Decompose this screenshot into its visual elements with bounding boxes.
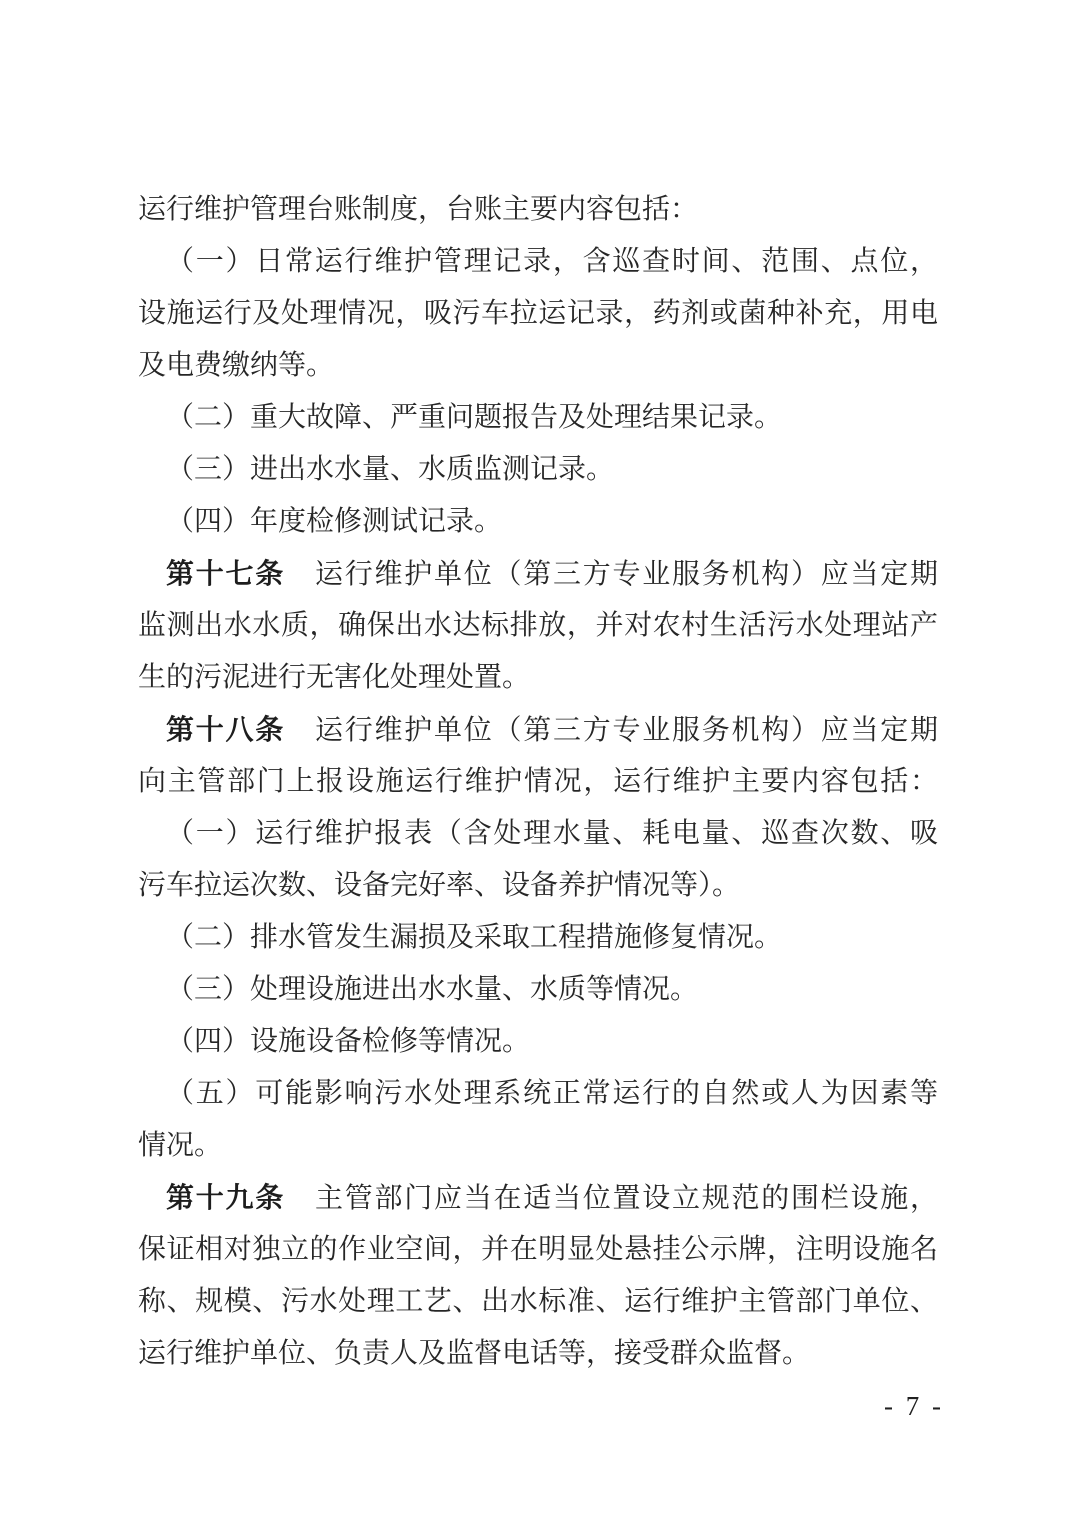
- line-text: 情况。: [138, 1130, 222, 1161]
- line-text: （三）处理设施进出水水量、水质等情况。: [166, 974, 698, 1005]
- text-line: 运行维护单位、负责人及监督电话等，接受群众监督。: [138, 1328, 938, 1380]
- line-text: （二）重大故障、严重问题报告及处理结果记录。: [166, 402, 782, 433]
- document-body: 运行维护管理台账制度，台账主要内容包括：（一）日常运行维护管理记录，含巡查时间、…: [138, 184, 938, 1380]
- line-text: 保证相对独立的作业空间，并在明显处悬挂公示牌，注明设施名: [138, 1234, 938, 1265]
- text-line: 监测出水水质，确保出水达标排放，并对农村生活污水处理站产: [138, 600, 938, 652]
- line-text: 及电费缴纳等。: [138, 350, 334, 381]
- line-text: 污车拉运次数、设备完好率、设备养护情况等）。: [138, 870, 740, 901]
- article-number: 第十七条: [166, 558, 285, 589]
- line-text: 监测出水水质，确保出水达标排放，并对农村生活污水处理站产: [138, 610, 938, 641]
- text-line: 第十八条运行维护单位（第三方专业服务机构）应当定期: [138, 704, 938, 756]
- article-number: 第十八条: [166, 714, 285, 745]
- line-text: （一）日常运行维护管理记录，含巡查时间、范围、点位，: [166, 246, 938, 277]
- text-line: （一）运行维护报表（含处理水量、耗电量、巡查次数、吸: [138, 808, 938, 860]
- line-text: 运行维护单位、负责人及监督电话等，接受群众监督。: [138, 1338, 810, 1369]
- line-text: （四）年度检修测试记录。: [166, 506, 502, 537]
- line-text: 设施运行及处理情况，吸污车拉运记录，药剂或菌种补充，用电: [138, 298, 938, 329]
- text-line: （四）设施设备检修等情况。: [138, 1016, 938, 1068]
- line-text: （四）设施设备检修等情况。: [166, 1026, 530, 1057]
- line-text: 运行维护管理台账制度，台账主要内容包括：: [138, 194, 698, 225]
- line-text: 生的污泥进行无害化处理处置。: [138, 662, 530, 693]
- text-line: 保证相对独立的作业空间，并在明显处悬挂公示牌，注明设施名: [138, 1224, 938, 1276]
- text-line: 及电费缴纳等。: [138, 340, 938, 392]
- page-number: - 7 -: [884, 1386, 944, 1426]
- text-line: 情况。: [138, 1120, 938, 1172]
- text-line: 生的污泥进行无害化处理处置。: [138, 652, 938, 704]
- text-line: （一）日常运行维护管理记录，含巡查时间、范围、点位，: [138, 236, 938, 288]
- text-line: 称、规模、污水处理工艺、出水标准、运行维护主管部门单位、: [138, 1276, 938, 1328]
- line-text: 主管部门应当在适当位置设立规范的围栏设施，: [315, 1183, 938, 1214]
- line-text: （五）可能影响污水处理系统正常运行的自然或人为因素等: [166, 1078, 938, 1109]
- text-line: （三）进出水水量、水质监测记录。: [138, 444, 938, 496]
- line-text: （二）排水管发生漏损及采取工程措施修复情况。: [166, 922, 782, 953]
- text-line: 运行维护管理台账制度，台账主要内容包括：: [138, 184, 938, 236]
- text-line: （五）可能影响污水处理系统正常运行的自然或人为因素等: [138, 1068, 938, 1120]
- line-text: 称、规模、污水处理工艺、出水标准、运行维护主管部门单位、: [138, 1286, 938, 1317]
- text-line: 第十七条运行维护单位（第三方专业服务机构）应当定期: [138, 548, 938, 600]
- article-number: 第十九条: [166, 1182, 285, 1213]
- document-page: 运行维护管理台账制度，台账主要内容包括：（一）日常运行维护管理记录，含巡查时间、…: [0, 0, 1074, 1520]
- text-line: （三）处理设施进出水水量、水质等情况。: [138, 964, 938, 1016]
- line-text: （三）进出水水量、水质监测记录。: [166, 454, 614, 485]
- line-text: 运行维护单位（第三方专业服务机构）应当定期: [315, 715, 938, 746]
- line-text: 运行维护单位（第三方专业服务机构）应当定期: [315, 559, 938, 590]
- text-line: 污车拉运次数、设备完好率、设备养护情况等）。: [138, 860, 938, 912]
- text-line: （二）重大故障、严重问题报告及处理结果记录。: [138, 392, 938, 444]
- text-line: 第十九条主管部门应当在适当位置设立规范的围栏设施，: [138, 1172, 938, 1224]
- text-line: 设施运行及处理情况，吸污车拉运记录，药剂或菌种补充，用电: [138, 288, 938, 340]
- text-line: （二）排水管发生漏损及采取工程措施修复情况。: [138, 912, 938, 964]
- line-text: 向主管部门上报设施运行维护情况，运行维护主要内容包括：: [138, 766, 938, 797]
- text-line: （四）年度检修测试记录。: [138, 496, 938, 548]
- line-text: （一）运行维护报表（含处理水量、耗电量、巡查次数、吸: [166, 818, 938, 849]
- text-line: 向主管部门上报设施运行维护情况，运行维护主要内容包括：: [138, 756, 938, 808]
